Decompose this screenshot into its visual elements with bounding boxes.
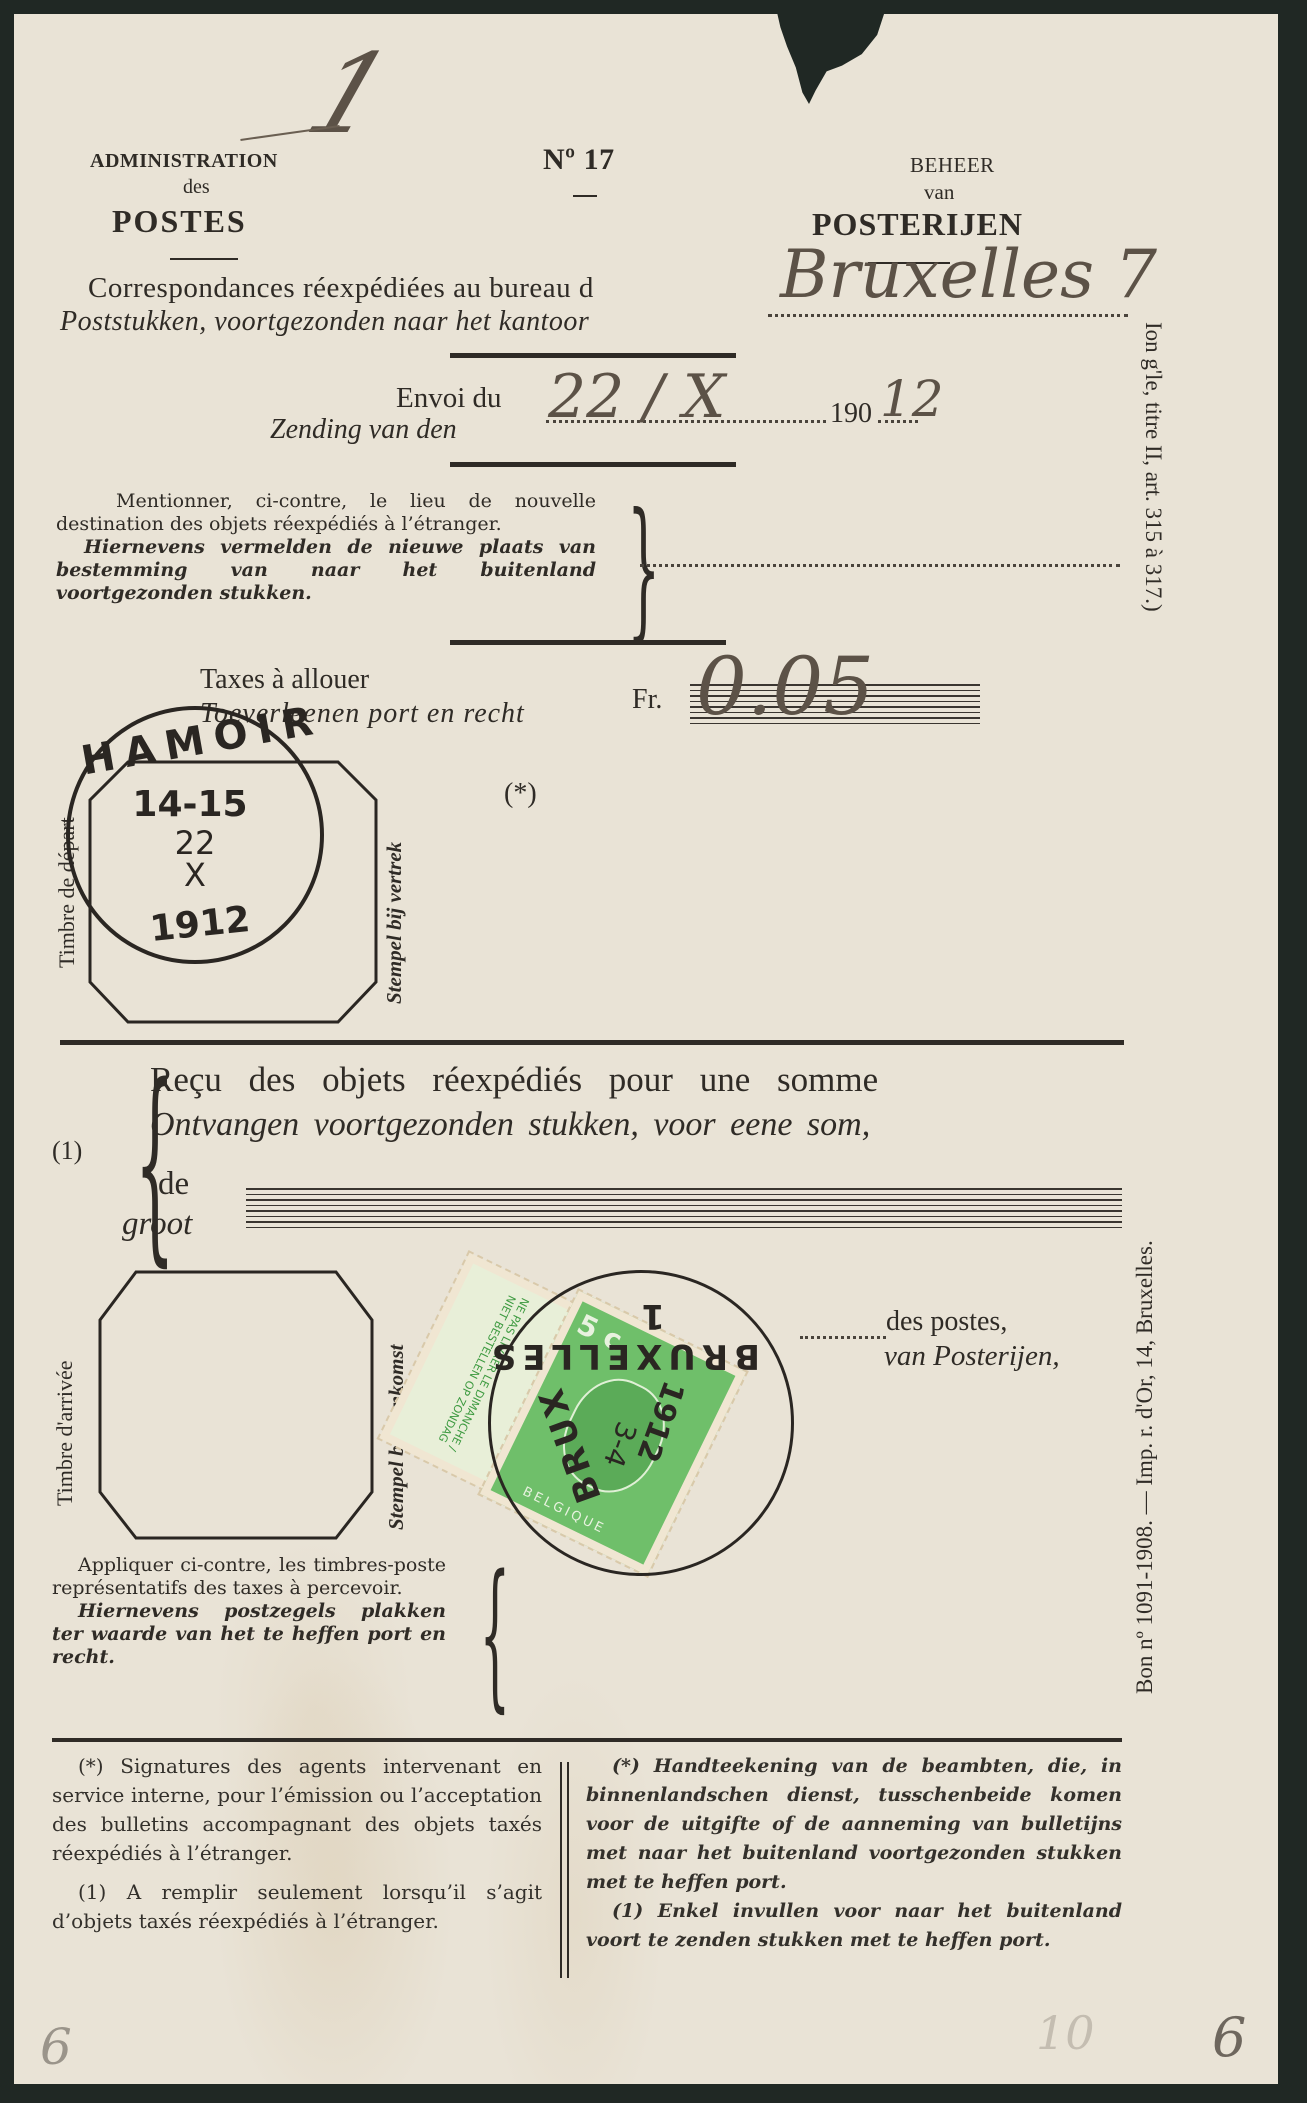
side-text-lower: Bon nº 1091-1908. — Imp. r. d'Or, 14, Br…	[1132, 1240, 1158, 1694]
header-postes: POSTES	[112, 203, 247, 240]
footnote-fr-one: (1) A remplir seulement lorsqu’il s’agit…	[52, 1878, 542, 1936]
footnote-nl-one: (1) Enkel invullen voor naar het buitenl…	[586, 1897, 1122, 1955]
destination-field[interactable]	[640, 564, 1120, 567]
arrival-stamp-box	[98, 1270, 374, 1540]
footnotes-column-divider-b	[567, 1762, 569, 1978]
bureau-label-fr: Correspondances réexpédiées au bureau d	[88, 272, 594, 305]
footnotes-column-divider-a	[560, 1762, 562, 1978]
departure-postmark-time: 14-15	[130, 784, 250, 825]
pencil-mark-left: 6	[40, 2018, 72, 2076]
footnotes-divider	[52, 1738, 1122, 1742]
apply-stamps-nl: Hiernevens postzegels plakken ter waarde…	[52, 1600, 446, 1669]
envoi-bottom-rule	[450, 462, 736, 467]
form-number-dash	[573, 195, 597, 197]
apply-stamps-brace: {	[480, 1540, 511, 1727]
departure-label-nl: Stempel bij vertrek	[382, 842, 407, 1004]
footnotes-nl: (*) Handteekening van de beambten, die, …	[586, 1752, 1122, 1955]
destination-fr: Mentionner, ci-contre, le lieu de nouvel…	[56, 490, 596, 536]
receipt-de-fr: de	[158, 1166, 189, 1203]
bureau-label-nl: Poststukken, voortgezonden naar het kant…	[60, 306, 589, 338]
postes-signature-fr: des postes,	[886, 1306, 1007, 1338]
header-left-divider	[170, 258, 238, 260]
receipt-de-nl: groot	[122, 1206, 192, 1243]
header-admin: ADMINISTRATION	[90, 150, 278, 173]
postes-signature-nl: van Posterijen,	[884, 1340, 1060, 1373]
receipt-line-nl: Ontvangen voortgezonden stukken, voor ee…	[150, 1106, 870, 1144]
destination-bottom-rule	[450, 640, 726, 645]
receipt-footnote-marker: (1)	[52, 1136, 82, 1166]
taxes-label-fr: Taxes à allouer	[200, 664, 369, 696]
destination-text: Mentionner, ci-contre, le lieu de nouvel…	[56, 490, 596, 605]
postes-signature-field[interactable]	[800, 1336, 886, 1339]
pencil-mark-right: 6	[1212, 2006, 1246, 2069]
envoi-label-fr: Envoi du	[396, 382, 502, 415]
envoi-year-printed: 190	[830, 398, 872, 430]
receipt-amount-field[interactable]	[246, 1188, 1122, 1232]
header-des: des	[183, 176, 210, 199]
apply-stamps-text: Appliquer ci-contre, les timbres-poste r…	[52, 1554, 446, 1669]
pencil-mark-middle: 10	[1036, 2006, 1095, 2060]
section-divider	[60, 1040, 1124, 1045]
bureau-field-value[interactable]: Bruxelles 7	[780, 236, 1157, 313]
envoi-year-line	[878, 420, 918, 423]
form-number: Nº 17	[543, 143, 615, 177]
side-text-upper: Ion g'le, titre II, art. 315 à 317.)	[1140, 322, 1166, 612]
destination-brace: }	[627, 482, 660, 656]
apply-stamps-fr: Appliquer ci-contre, les timbres-poste r…	[52, 1554, 446, 1600]
signature-marker: (*)	[504, 778, 537, 810]
arrival-postmark-town: BRUXELLES 1	[540, 1296, 760, 1376]
taxes-amount-value[interactable]: 0.05	[696, 640, 874, 733]
destination-nl: Hiernevens vermelden de nieuwe plaats va…	[56, 536, 596, 605]
envoi-label-nl: Zending van den	[270, 414, 457, 446]
footnote-fr-star: (*) Signatures des agents intervenant en…	[52, 1752, 542, 1868]
departure-postmark-month: X	[170, 856, 220, 894]
footnotes-fr: (*) Signatures des agents intervenant en…	[52, 1752, 542, 1936]
receipt-line-fr: Reçu des objets réexpédiés pour une somm…	[150, 1060, 878, 1100]
taxes-currency: Fr.	[632, 684, 662, 716]
header-van: van	[924, 180, 954, 205]
envoi-date-value[interactable]: 22 / X	[548, 362, 725, 432]
arrival-label-fr: Timbre d'arrivée	[52, 1360, 78, 1506]
header-beheer: BEHEER	[910, 153, 995, 178]
bureau-field-line	[768, 314, 1128, 317]
footnote-nl-star: (*) Handteekening van de beambten, die, …	[586, 1752, 1122, 1897]
envoi-top-rule	[450, 353, 736, 358]
